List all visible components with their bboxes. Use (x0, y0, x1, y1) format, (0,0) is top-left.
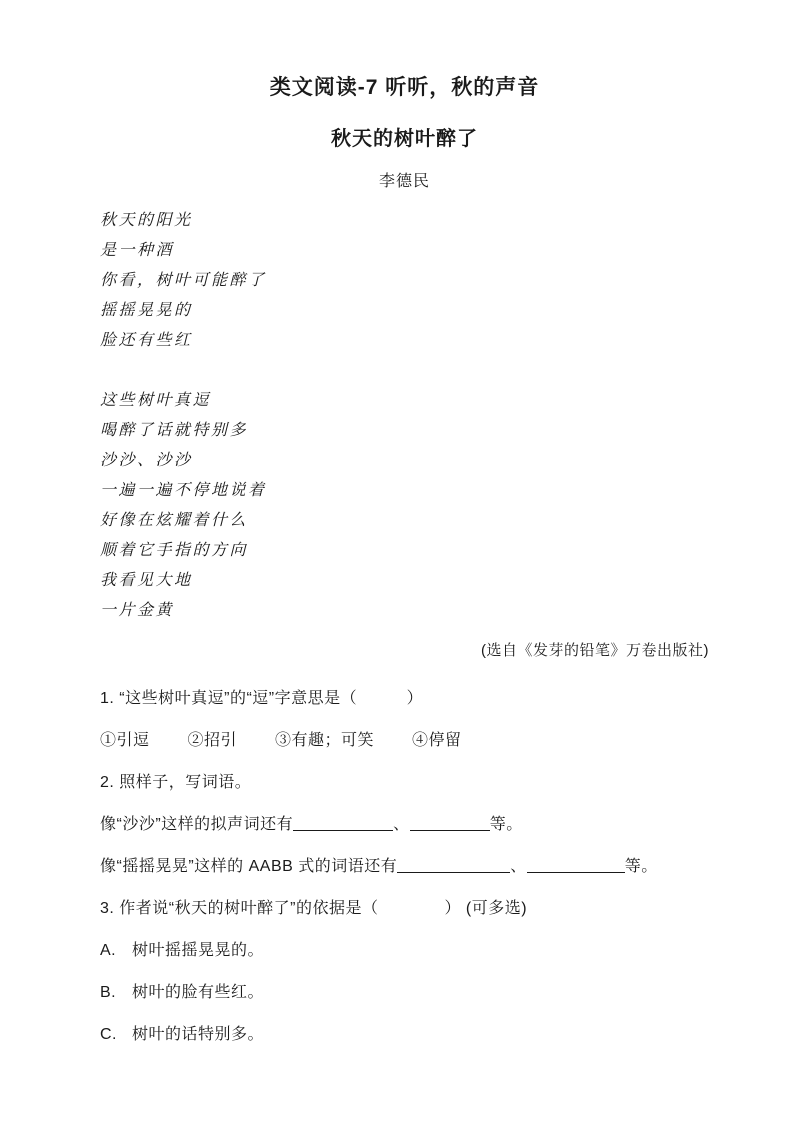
poem-line: 你看，树叶可能醉了 (100, 266, 709, 296)
answer-blank (410, 815, 490, 831)
stanza-gap (100, 356, 709, 386)
option-text: 树叶摇摇晃晃的。 (132, 942, 264, 959)
questions-section: 1. “这些树叶真逗”的“逗”字意思是（ ） ①引逗②招引③有趣；可笑④停留 2… (100, 688, 709, 1046)
fill-line-suffix: 等。 (625, 858, 658, 875)
poem-line: 一遍一遍不停地说着 (100, 476, 709, 506)
poem-line: 我看见大地 (100, 566, 709, 596)
option-label: A. (100, 940, 132, 962)
poem-line: 顺着它手指的方向 (100, 536, 709, 566)
fill-line-prefix: 像“摇摇晃晃”这样的 AABB 式的词语还有 (100, 858, 397, 875)
poem-line: 一片金黄 (100, 596, 709, 626)
poem-line: 这些树叶真逗 (100, 386, 709, 416)
question-2-fill-line-1: 像“沙沙”这样的拟声词还有、等。 (100, 814, 709, 836)
question-1-prompt: 1. “这些树叶真逗”的“逗”字意思是（ ） (100, 688, 709, 710)
question-3-options: A.树叶摇摇晃晃的。 B.树叶的脸有些红。 C.树叶的话特别多。 (100, 940, 709, 1046)
question-2-prompt: 2. 照样子，写词语。 (100, 772, 709, 794)
q1-option: ④停留 (412, 730, 462, 752)
option-text: 树叶的话特别多。 (132, 1026, 264, 1043)
answer-blank (527, 857, 625, 873)
poem-stanza-1: 秋天的阳光是一种酒你看，树叶可能醉了摇摇晃晃的脸还有些红 (100, 206, 709, 356)
fill-line-prefix: 像“沙沙”这样的拟声词还有 (100, 816, 293, 833)
doc-subtitle: 秋天的树叶醉了 (100, 127, 709, 151)
poem-line: 摇摇晃晃的 (100, 296, 709, 326)
poem-line: 沙沙、沙沙 (100, 446, 709, 476)
source-attribution: (选自《发芽的铅笔》万卷出版社) (100, 640, 709, 662)
fill-line-separator: 、 (510, 858, 527, 875)
question-1-options: ①引逗②招引③有趣；可笑④停留 (100, 730, 709, 752)
document-page: 类文阅读-7 听听，秋的声音 秋天的树叶醉了 李德民 秋天的阳光是一种酒你看，树… (0, 0, 793, 1122)
poem-line: 好像在炫耀着什么 (100, 506, 709, 536)
q3-option-row: C.树叶的话特别多。 (100, 1024, 709, 1046)
doc-title: 类文阅读-7 听听，秋的声音 (100, 76, 709, 100)
option-label: B. (100, 982, 132, 1004)
fill-line-separator: 、 (393, 816, 410, 833)
poem: 秋天的阳光是一种酒你看，树叶可能醉了摇摇晃晃的脸还有些红 这些树叶真逗喝醉了话就… (100, 206, 709, 626)
question-3-prompt: 3. 作者说“秋天的树叶醉了”的依据是（ ） (可多选) (100, 898, 709, 920)
q1-option: ②招引 (188, 730, 238, 752)
poem-stanza-2: 这些树叶真逗喝醉了话就特别多沙沙、沙沙一遍一遍不停地说着好像在炫耀着什么顺着它手… (100, 386, 709, 626)
poem-line: 是一种酒 (100, 236, 709, 266)
poem-line: 脸还有些红 (100, 326, 709, 356)
q3-option-row: B.树叶的脸有些红。 (100, 982, 709, 1004)
answer-blank (397, 857, 510, 873)
q3-option-row: A.树叶摇摇晃晃的。 (100, 940, 709, 962)
fill-line-suffix: 等。 (490, 816, 523, 833)
option-text: 树叶的脸有些红。 (132, 984, 264, 1001)
option-label: C. (100, 1024, 132, 1046)
answer-blank (293, 815, 393, 831)
poem-line: 喝醉了话就特别多 (100, 416, 709, 446)
author-name: 李德民 (100, 172, 709, 192)
question-2-fill-line-2: 像“摇摇晃晃”这样的 AABB 式的词语还有、等。 (100, 856, 709, 878)
poem-line: 秋天的阳光 (100, 206, 709, 236)
q1-option: ①引逗 (100, 730, 150, 752)
q1-option: ③有趣；可笑 (275, 730, 374, 752)
